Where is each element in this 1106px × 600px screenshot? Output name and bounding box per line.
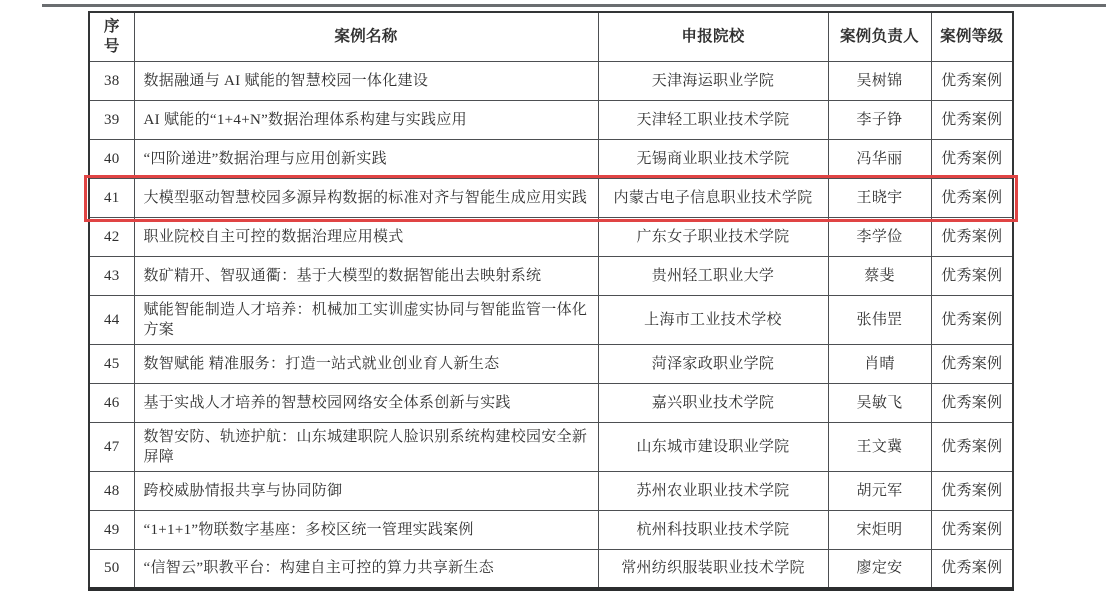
header-cell-leader: 案例负责人	[828, 12, 931, 62]
table-row: 44赋能智能制造人才培养：机械加工实训虚实协同与智能监管一体化方案上海市工业技术…	[89, 296, 1013, 345]
cell-no: 42	[89, 218, 134, 257]
table-row: 38数据融通与 AI 赋能的智慧校园一体化建设天津海运职业学院吴树锦优秀案例	[89, 62, 1013, 101]
cell-leader: 王文冀	[828, 423, 931, 472]
cases-table-body: 38数据融通与 AI 赋能的智慧校园一体化建设天津海运职业学院吴树锦优秀案例39…	[89, 62, 1013, 589]
cell-leader: 宋炬明	[828, 511, 931, 550]
table-row: 43数矿精开、智驭通衢：基于大模型的数据智能出去映射系统贵州轻工职业大学蔡斐优秀…	[89, 257, 1013, 296]
cell-grade: 优秀案例	[931, 472, 1013, 511]
cell-grade: 优秀案例	[931, 550, 1013, 589]
cell-grade: 优秀案例	[931, 423, 1013, 472]
table-row: 46基于实战人才培养的智慧校园网络安全体系创新与实践嘉兴职业技术学院吴敏飞优秀案…	[89, 384, 1013, 423]
cell-no: 43	[89, 257, 134, 296]
header-cell-name: 案例名称	[134, 12, 598, 62]
cell-no: 44	[89, 296, 134, 345]
cell-school: 上海市工业技术学校	[598, 296, 828, 345]
cell-leader: 张伟罡	[828, 296, 931, 345]
cell-leader: 吴树锦	[828, 62, 931, 101]
cell-case-name: “信智云”职教平台：构建自主可控的算力共享新生态	[134, 550, 598, 589]
cell-school: 苏州农业职业技术学院	[598, 472, 828, 511]
header-cell-grade: 案例等级	[931, 12, 1013, 62]
cell-case-name: AI 赋能的“1+4+N”数据治理体系构建与实践应用	[134, 101, 598, 140]
cell-leader: 王晓宇	[828, 179, 931, 218]
cell-grade: 优秀案例	[931, 179, 1013, 218]
cell-leader: 廖定安	[828, 550, 931, 589]
table-row: 42职业院校自主可控的数据治理应用模式广东女子职业技术学院李学俭优秀案例	[89, 218, 1013, 257]
cell-case-name: 数智安防、轨迹护航：山东城建职院人脸识别系统构建校园安全新屏障	[134, 423, 598, 472]
table-row: 41大模型驱动智慧校园多源异构数据的标准对齐与智能生成应用实践内蒙古电子信息职业…	[89, 179, 1013, 218]
header-cell-school: 申报院校	[598, 12, 828, 62]
cell-school: 嘉兴职业技术学院	[598, 384, 828, 423]
cell-case-name: 数智赋能 精准服务：打造一站式就业创业育人新生态	[134, 345, 598, 384]
cell-no: 46	[89, 384, 134, 423]
cell-school: 山东城市建设职业学院	[598, 423, 828, 472]
table-row: 50“信智云”职教平台：构建自主可控的算力共享新生态常州纺织服装职业技术学院廖定…	[89, 550, 1013, 589]
cell-no: 50	[89, 550, 134, 589]
cell-school: 天津海运职业学院	[598, 62, 828, 101]
cell-grade: 优秀案例	[931, 140, 1013, 179]
table-row: 49“1+1+1”物联数字基座：多校区统一管理实践案例杭州科技职业技术学院宋炬明…	[89, 511, 1013, 550]
cell-case-name: “四阶递进”数据治理与应用创新实践	[134, 140, 598, 179]
cell-grade: 优秀案例	[931, 218, 1013, 257]
cell-no: 41	[89, 179, 134, 218]
cell-grade: 优秀案例	[931, 296, 1013, 345]
cell-grade: 优秀案例	[931, 384, 1013, 423]
cell-no: 47	[89, 423, 134, 472]
cell-school: 天津轻工职业技术学院	[598, 101, 828, 140]
page-edge-artifact-line	[42, 4, 1106, 7]
cases-table: 序号 案例名称 申报院校 案例负责人 案例等级 38数据融通与 AI 赋能的智慧…	[88, 11, 1014, 591]
cell-leader: 蔡斐	[828, 257, 931, 296]
cell-grade: 优秀案例	[931, 257, 1013, 296]
cell-school: 常州纺织服装职业技术学院	[598, 550, 828, 589]
cell-school: 无锡商业职业技术学院	[598, 140, 828, 179]
table-row: 47数智安防、轨迹护航：山东城建职院人脸识别系统构建校园安全新屏障山东城市建设职…	[89, 423, 1013, 472]
table-row: 40“四阶递进”数据治理与应用创新实践无锡商业职业技术学院冯华丽优秀案例	[89, 140, 1013, 179]
cell-case-name: “1+1+1”物联数字基座：多校区统一管理实践案例	[134, 511, 598, 550]
cell-grade: 优秀案例	[931, 62, 1013, 101]
table-row: 48跨校威胁情报共享与协同防御苏州农业职业技术学院胡元军优秀案例	[89, 472, 1013, 511]
cell-case-name: 职业院校自主可控的数据治理应用模式	[134, 218, 598, 257]
cell-school: 内蒙古电子信息职业技术学院	[598, 179, 828, 218]
cell-grade: 优秀案例	[931, 345, 1013, 384]
header-cell-no: 序号	[89, 12, 134, 62]
cell-school: 菏泽家政职业学院	[598, 345, 828, 384]
cell-leader: 李子铮	[828, 101, 931, 140]
cell-case-name: 赋能智能制造人才培养：机械加工实训虚实协同与智能监管一体化方案	[134, 296, 598, 345]
cell-leader: 肖晴	[828, 345, 931, 384]
cell-school: 贵州轻工职业大学	[598, 257, 828, 296]
cases-table-header: 序号 案例名称 申报院校 案例负责人 案例等级	[89, 12, 1013, 62]
table-row: 39AI 赋能的“1+4+N”数据治理体系构建与实践应用天津轻工职业技术学院李子…	[89, 101, 1013, 140]
cell-leader: 冯华丽	[828, 140, 931, 179]
cell-no: 40	[89, 140, 134, 179]
cell-case-name: 跨校威胁情报共享与协同防御	[134, 472, 598, 511]
cell-no: 49	[89, 511, 134, 550]
cell-school: 广东女子职业技术学院	[598, 218, 828, 257]
cell-case-name: 基于实战人才培养的智慧校园网络安全体系创新与实践	[134, 384, 598, 423]
cell-case-name: 数据融通与 AI 赋能的智慧校园一体化建设	[134, 62, 598, 101]
cell-no: 45	[89, 345, 134, 384]
header-row: 序号 案例名称 申报院校 案例负责人 案例等级	[89, 12, 1013, 62]
cell-case-name: 大模型驱动智慧校园多源异构数据的标准对齐与智能生成应用实践	[134, 179, 598, 218]
cell-grade: 优秀案例	[931, 511, 1013, 550]
cell-no: 48	[89, 472, 134, 511]
cell-grade: 优秀案例	[931, 101, 1013, 140]
cell-leader: 胡元军	[828, 472, 931, 511]
cell-no: 39	[89, 101, 134, 140]
table-row: 45数智赋能 精准服务：打造一站式就业创业育人新生态菏泽家政职业学院肖晴优秀案例	[89, 345, 1013, 384]
cell-school: 杭州科技职业技术学院	[598, 511, 828, 550]
cell-leader: 吴敏飞	[828, 384, 931, 423]
cell-leader: 李学俭	[828, 218, 931, 257]
cell-case-name: 数矿精开、智驭通衢：基于大模型的数据智能出去映射系统	[134, 257, 598, 296]
cell-no: 38	[89, 62, 134, 101]
